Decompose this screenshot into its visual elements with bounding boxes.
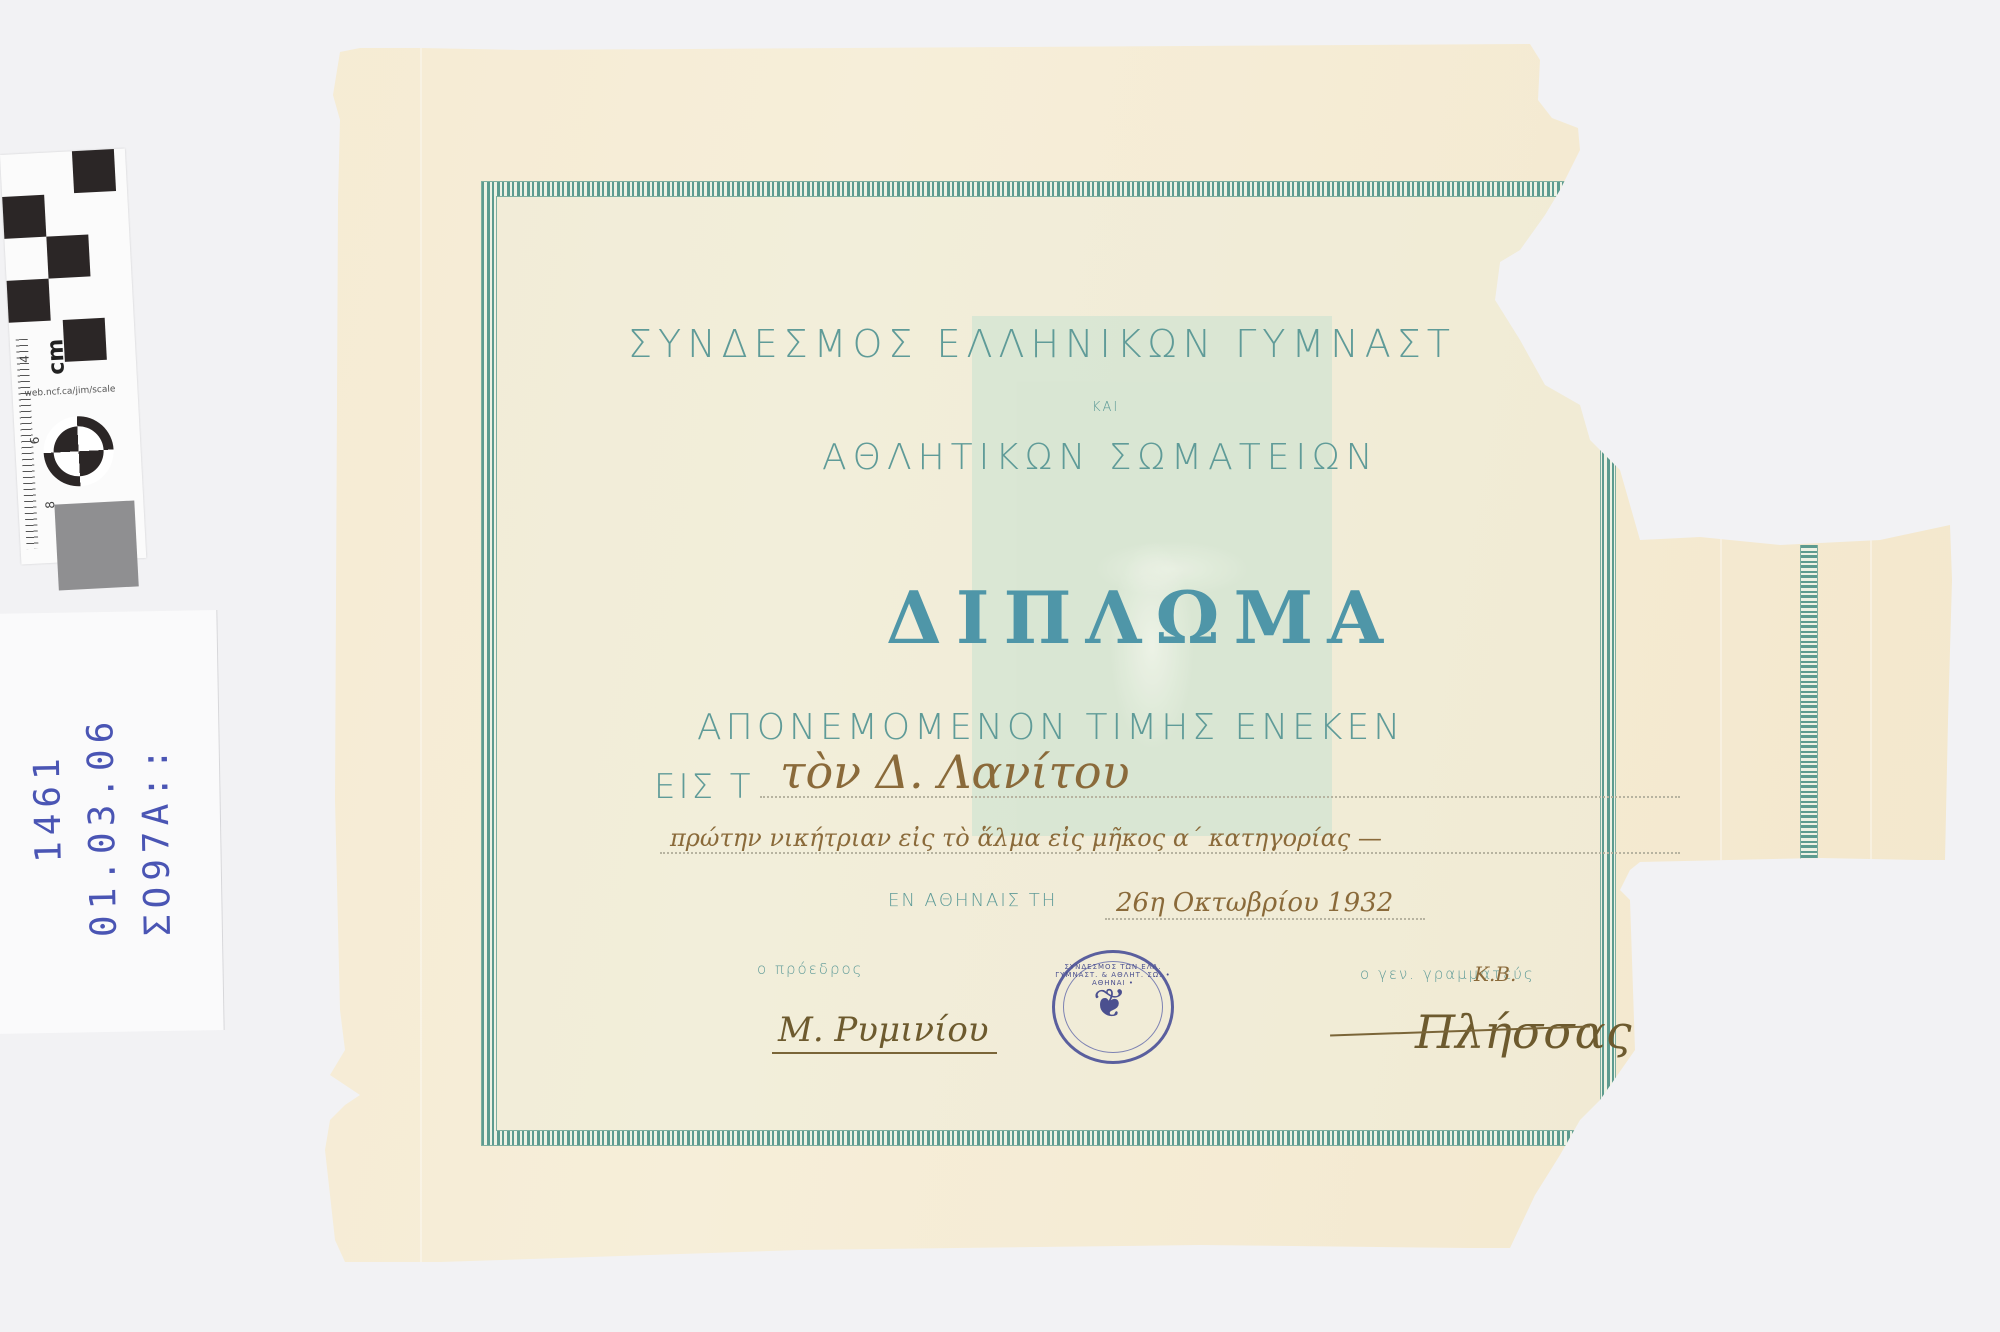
greek-key-border-right: [1800, 545, 1818, 863]
scale-tick-number: 6: [28, 436, 42, 444]
award-date: 26η Οκτωβρίου 1932: [1116, 888, 1393, 918]
certificate-title: ΔΙΠΛΩΜΑ: [886, 575, 1397, 660]
president-signature: Μ. Ρυμινίου: [778, 1010, 989, 1050]
catalog-number: 1461: [27, 752, 70, 863]
reason-dotted-line: [660, 852, 1680, 854]
recipient-name: τὸν Δ. Λανίτου: [780, 745, 1130, 799]
president-label: ο πρόεδρος: [757, 960, 863, 978]
scale-black-square: [2, 195, 46, 239]
scale-black-square: [46, 234, 90, 278]
secretary-initials: Κ.Β.: [1474, 962, 1516, 986]
seal-emblem-icon: ❦: [1093, 981, 1127, 1027]
photo-scale-bar: cm web.ncf.ca/jim/scale 4 6 8: [0, 148, 146, 564]
place-label: ΕΝ ΑΘΗΝΑΙΣ ΤΗ: [888, 890, 1057, 911]
scale-grey-patch: [54, 500, 138, 590]
recipient-dotted-line: [760, 796, 1680, 798]
president-signature-line: [772, 1052, 997, 1054]
org-name-line-1: ΣΥΝΔΕΣΜΟΣ ΕΛΛΗΝΙΚΩΝ ΓΥΜΝΑΣΤ: [628, 322, 1456, 366]
scale-black-square: [72, 149, 116, 193]
scale-url: web.ncf.ca/jim/scale: [24, 384, 115, 399]
scale-tick-number: 4: [17, 355, 31, 363]
award-reason: πρώτην νικήτριαν εἰς τὸ ἅλμα εἰς μῆκος α…: [670, 824, 1382, 852]
recipient-prefix: ΕΙΣ Τ: [654, 767, 754, 807]
org-name-line-2: ΑΘΛΗΤΙΚΩΝ ΣΩΜΑΤΕΙΩΝ: [822, 437, 1379, 478]
scale-unit-label: cm: [43, 338, 70, 375]
catalog-date: 01.03.06: [80, 715, 125, 937]
scale-target-icon: [42, 415, 116, 489]
catalog-code: ΣΟ97Α::: [135, 742, 179, 936]
date-dotted-line: [1105, 918, 1425, 920]
catalog-label-card: 1461 01.03.06 ΣΟ97Α::: [0, 610, 225, 1034]
scale-black-square: [7, 279, 51, 323]
org-conjunction: ΚΑΙ: [1092, 400, 1119, 415]
scale-black-square: [63, 318, 107, 362]
certificate-paper: ΣΥΝΔΕΣΜΟΣ ΕΛΛΗΝΙΚΩΝ ΓΥΜΝΑΣΤ ΚΑΙ ΑΘΛΗΤΙΚΩ…: [0, 0, 2000, 1332]
certificate-subtitle: ΑΠΟΝΕΜΟΜΕΝΟΝ ΤΙΜΗΣ ΕΝΕΚΕΝ: [697, 707, 1404, 748]
association-seal: ΣΥΝΔΕΣΜΟΣ ΤΩΝ ΕΛΛ. ΓΥΜΝΑΣΤ. & ΑΘΛΗΤ. ΣΩ.…: [1052, 950, 1174, 1064]
